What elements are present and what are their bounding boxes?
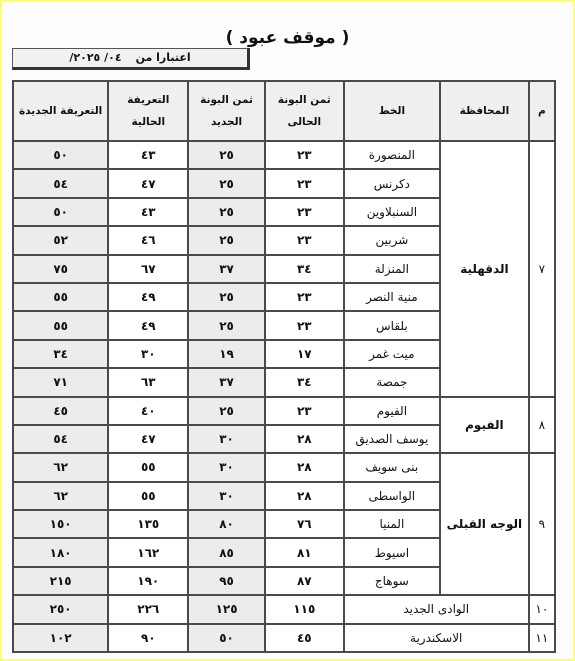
governorate-cell: الفيوم xyxy=(440,397,529,454)
new-fare-cell: ٦٢ xyxy=(13,482,108,510)
current-ticket-cell: ٣٤ xyxy=(265,368,344,396)
line-cell: اسيوط xyxy=(344,538,440,566)
new-fare-cell: ٥٠ xyxy=(13,198,108,226)
current-ticket-cell: ٧٦ xyxy=(265,510,344,538)
current-fare-cell: ٤٧ xyxy=(108,425,188,453)
new-fare-cell: ٧١ xyxy=(13,368,108,396)
header-line: الخط xyxy=(344,81,440,141)
current-fare-cell: ٣٠ xyxy=(108,340,188,368)
line-cell: يوسف الصديق xyxy=(344,425,440,453)
row-index: ٧ xyxy=(529,141,555,397)
new-fare-cell: ٥٥ xyxy=(13,311,108,339)
current-fare-cell: ٤٣ xyxy=(108,141,188,169)
current-fare-cell: ١٩٠ xyxy=(108,567,188,595)
current-fare-cell: ٤٣ xyxy=(108,198,188,226)
current-fare-cell: ٤٠ xyxy=(108,397,188,425)
line-cell: ميت غمر xyxy=(344,340,440,368)
header-new-ticket-price: ثمن البونة الجديد xyxy=(188,81,265,141)
page-title: ( موقف عبود ) xyxy=(2,28,573,48)
current-ticket-cell: ٨١ xyxy=(265,538,344,566)
effective-date-value: /٠٤/ ٢٠٢٥ xyxy=(69,51,121,64)
line-cell: بنى سويف xyxy=(344,453,440,481)
new-fare-cell: ٢٥٠ xyxy=(13,595,108,623)
new-fare-cell: ١٥٠ xyxy=(13,510,108,538)
new-fare-cell: ٥٥ xyxy=(13,283,108,311)
current-fare-cell: ٩٠ xyxy=(108,624,188,652)
new-fare-cell: ٦٢ xyxy=(13,453,108,481)
current-ticket-cell: ٨٧ xyxy=(265,567,344,595)
header-governorate: المحافظة xyxy=(440,81,529,141)
current-fare-cell: ١٣٥ xyxy=(108,510,188,538)
fare-table: م المحافظة الخط ثمن البونة الحالى ثمن ال… xyxy=(12,80,556,653)
current-fare-cell: ٤٦ xyxy=(108,226,188,254)
current-fare-cell: ٥٥ xyxy=(108,482,188,510)
table-row: ٨الفيومالفيوم٢٣٢٥٤٠٤٥ xyxy=(13,397,555,425)
current-ticket-cell: ١٧ xyxy=(265,340,344,368)
line-cell: جمصة xyxy=(344,368,440,396)
line-cell: الواسطى xyxy=(344,482,440,510)
line-cell: الوادى الجديد xyxy=(344,595,529,623)
new-ticket-cell: ٢٥ xyxy=(188,226,265,254)
new-fare-cell: ٧٥ xyxy=(13,255,108,283)
line-cell: المنصورة xyxy=(344,141,440,169)
new-ticket-cell: ٢٥ xyxy=(188,311,265,339)
governorate-cell: الوجه القبلى xyxy=(440,453,529,595)
table-row: ٩الوجه القبلىبنى سويف٢٨٣٠٥٥٦٢ xyxy=(13,453,555,481)
current-fare-cell: ٦٧ xyxy=(108,255,188,283)
new-ticket-cell: ١٢٥ xyxy=(188,595,265,623)
line-cell: السنبلاوين xyxy=(344,198,440,226)
line-cell: الاسكندرية xyxy=(344,624,529,652)
new-fare-cell: ٢١٥ xyxy=(13,567,108,595)
new-ticket-cell: ٢٥ xyxy=(188,397,265,425)
row-index: ١١ xyxy=(529,624,555,652)
new-fare-cell: ٥٤ xyxy=(13,169,108,197)
current-fare-cell: ٥٥ xyxy=(108,453,188,481)
effective-date-label: اعتبارا من xyxy=(136,51,191,64)
new-ticket-cell: ٣٠ xyxy=(188,453,265,481)
new-ticket-cell: ٢٥ xyxy=(188,198,265,226)
new-fare-cell: ١٠٢ xyxy=(13,624,108,652)
header-current-ticket-price: ثمن البونة الحالى xyxy=(265,81,344,141)
current-ticket-cell: ٤٥ xyxy=(265,624,344,652)
line-cell: شربين xyxy=(344,226,440,254)
line-cell: المنزلة xyxy=(344,255,440,283)
line-cell: سوهاج xyxy=(344,567,440,595)
current-fare-cell: ٤٩ xyxy=(108,311,188,339)
current-ticket-cell: ١١٥ xyxy=(265,595,344,623)
new-fare-cell: ٤٥ xyxy=(13,397,108,425)
current-ticket-cell: ٢٣ xyxy=(265,198,344,226)
table-body: ٧الدقهليةالمنصورة٢٣٢٥٤٣٥٠دكرنس٢٣٢٥٤٧٥٤ال… xyxy=(13,141,555,652)
new-ticket-cell: ٩٥ xyxy=(188,567,265,595)
header-index: م xyxy=(529,81,555,141)
line-cell: المنيا xyxy=(344,510,440,538)
new-ticket-cell: ١٩ xyxy=(188,340,265,368)
new-ticket-cell: ٥٠ xyxy=(188,624,265,652)
row-index: ٨ xyxy=(529,397,555,454)
current-ticket-cell: ٢٨ xyxy=(265,482,344,510)
current-fare-cell: ١٦٢ xyxy=(108,538,188,566)
header-new-fare: التعريفة الجديدة xyxy=(13,81,108,141)
new-fare-cell: ٥٤ xyxy=(13,425,108,453)
row-index: ٩ xyxy=(529,453,555,595)
current-ticket-cell: ٢٣ xyxy=(265,141,344,169)
new-fare-cell: ٥٢ xyxy=(13,226,108,254)
table-row: ١١الاسكندرية٤٥٥٠٩٠١٠٢ xyxy=(13,624,555,652)
line-cell: الفيوم xyxy=(344,397,440,425)
current-fare-cell: ٦٣ xyxy=(108,368,188,396)
new-ticket-cell: ٣٧ xyxy=(188,368,265,396)
document-page: ( موقف عبود ) اعتبارا من/٠٤/ ٢٠٢٥ م المح… xyxy=(2,2,573,659)
current-ticket-cell: ٢٨ xyxy=(265,453,344,481)
effective-date-box: اعتبارا من/٠٤/ ٢٠٢٥ xyxy=(12,48,250,70)
current-fare-cell: ٤٧ xyxy=(108,169,188,197)
current-ticket-cell: ٢٨ xyxy=(265,425,344,453)
new-ticket-cell: ٨٥ xyxy=(188,538,265,566)
line-cell: بلقاس xyxy=(344,311,440,339)
line-cell: دكرنس xyxy=(344,169,440,197)
new-fare-cell: ٣٤ xyxy=(13,340,108,368)
header-current-fare: التعريفة الحالية xyxy=(108,81,188,141)
line-cell: منية النصر xyxy=(344,283,440,311)
governorate-cell: الدقهلية xyxy=(440,141,529,397)
current-ticket-cell: ٢٣ xyxy=(265,311,344,339)
new-fare-cell: ١٨٠ xyxy=(13,538,108,566)
current-ticket-cell: ٢٣ xyxy=(265,226,344,254)
new-ticket-cell: ٨٠ xyxy=(188,510,265,538)
new-ticket-cell: ٣٠ xyxy=(188,425,265,453)
current-ticket-cell: ٢٣ xyxy=(265,169,344,197)
new-fare-cell: ٥٠ xyxy=(13,141,108,169)
new-ticket-cell: ٢٥ xyxy=(188,169,265,197)
current-ticket-cell: ٢٣ xyxy=(265,397,344,425)
row-index: ١٠ xyxy=(529,595,555,623)
header-row: م المحافظة الخط ثمن البونة الحالى ثمن ال… xyxy=(13,81,555,141)
new-ticket-cell: ٢٥ xyxy=(188,141,265,169)
new-ticket-cell: ٣٧ xyxy=(188,255,265,283)
table-row: ٧الدقهليةالمنصورة٢٣٢٥٤٣٥٠ xyxy=(13,141,555,169)
new-ticket-cell: ٣٠ xyxy=(188,482,265,510)
current-ticket-cell: ٢٣ xyxy=(265,283,344,311)
new-ticket-cell: ٢٥ xyxy=(188,283,265,311)
current-fare-cell: ٢٢٦ xyxy=(108,595,188,623)
table-row: ١٠الوادى الجديد١١٥١٢٥٢٢٦٢٥٠ xyxy=(13,595,555,623)
current-fare-cell: ٤٩ xyxy=(108,283,188,311)
current-ticket-cell: ٣٤ xyxy=(265,255,344,283)
